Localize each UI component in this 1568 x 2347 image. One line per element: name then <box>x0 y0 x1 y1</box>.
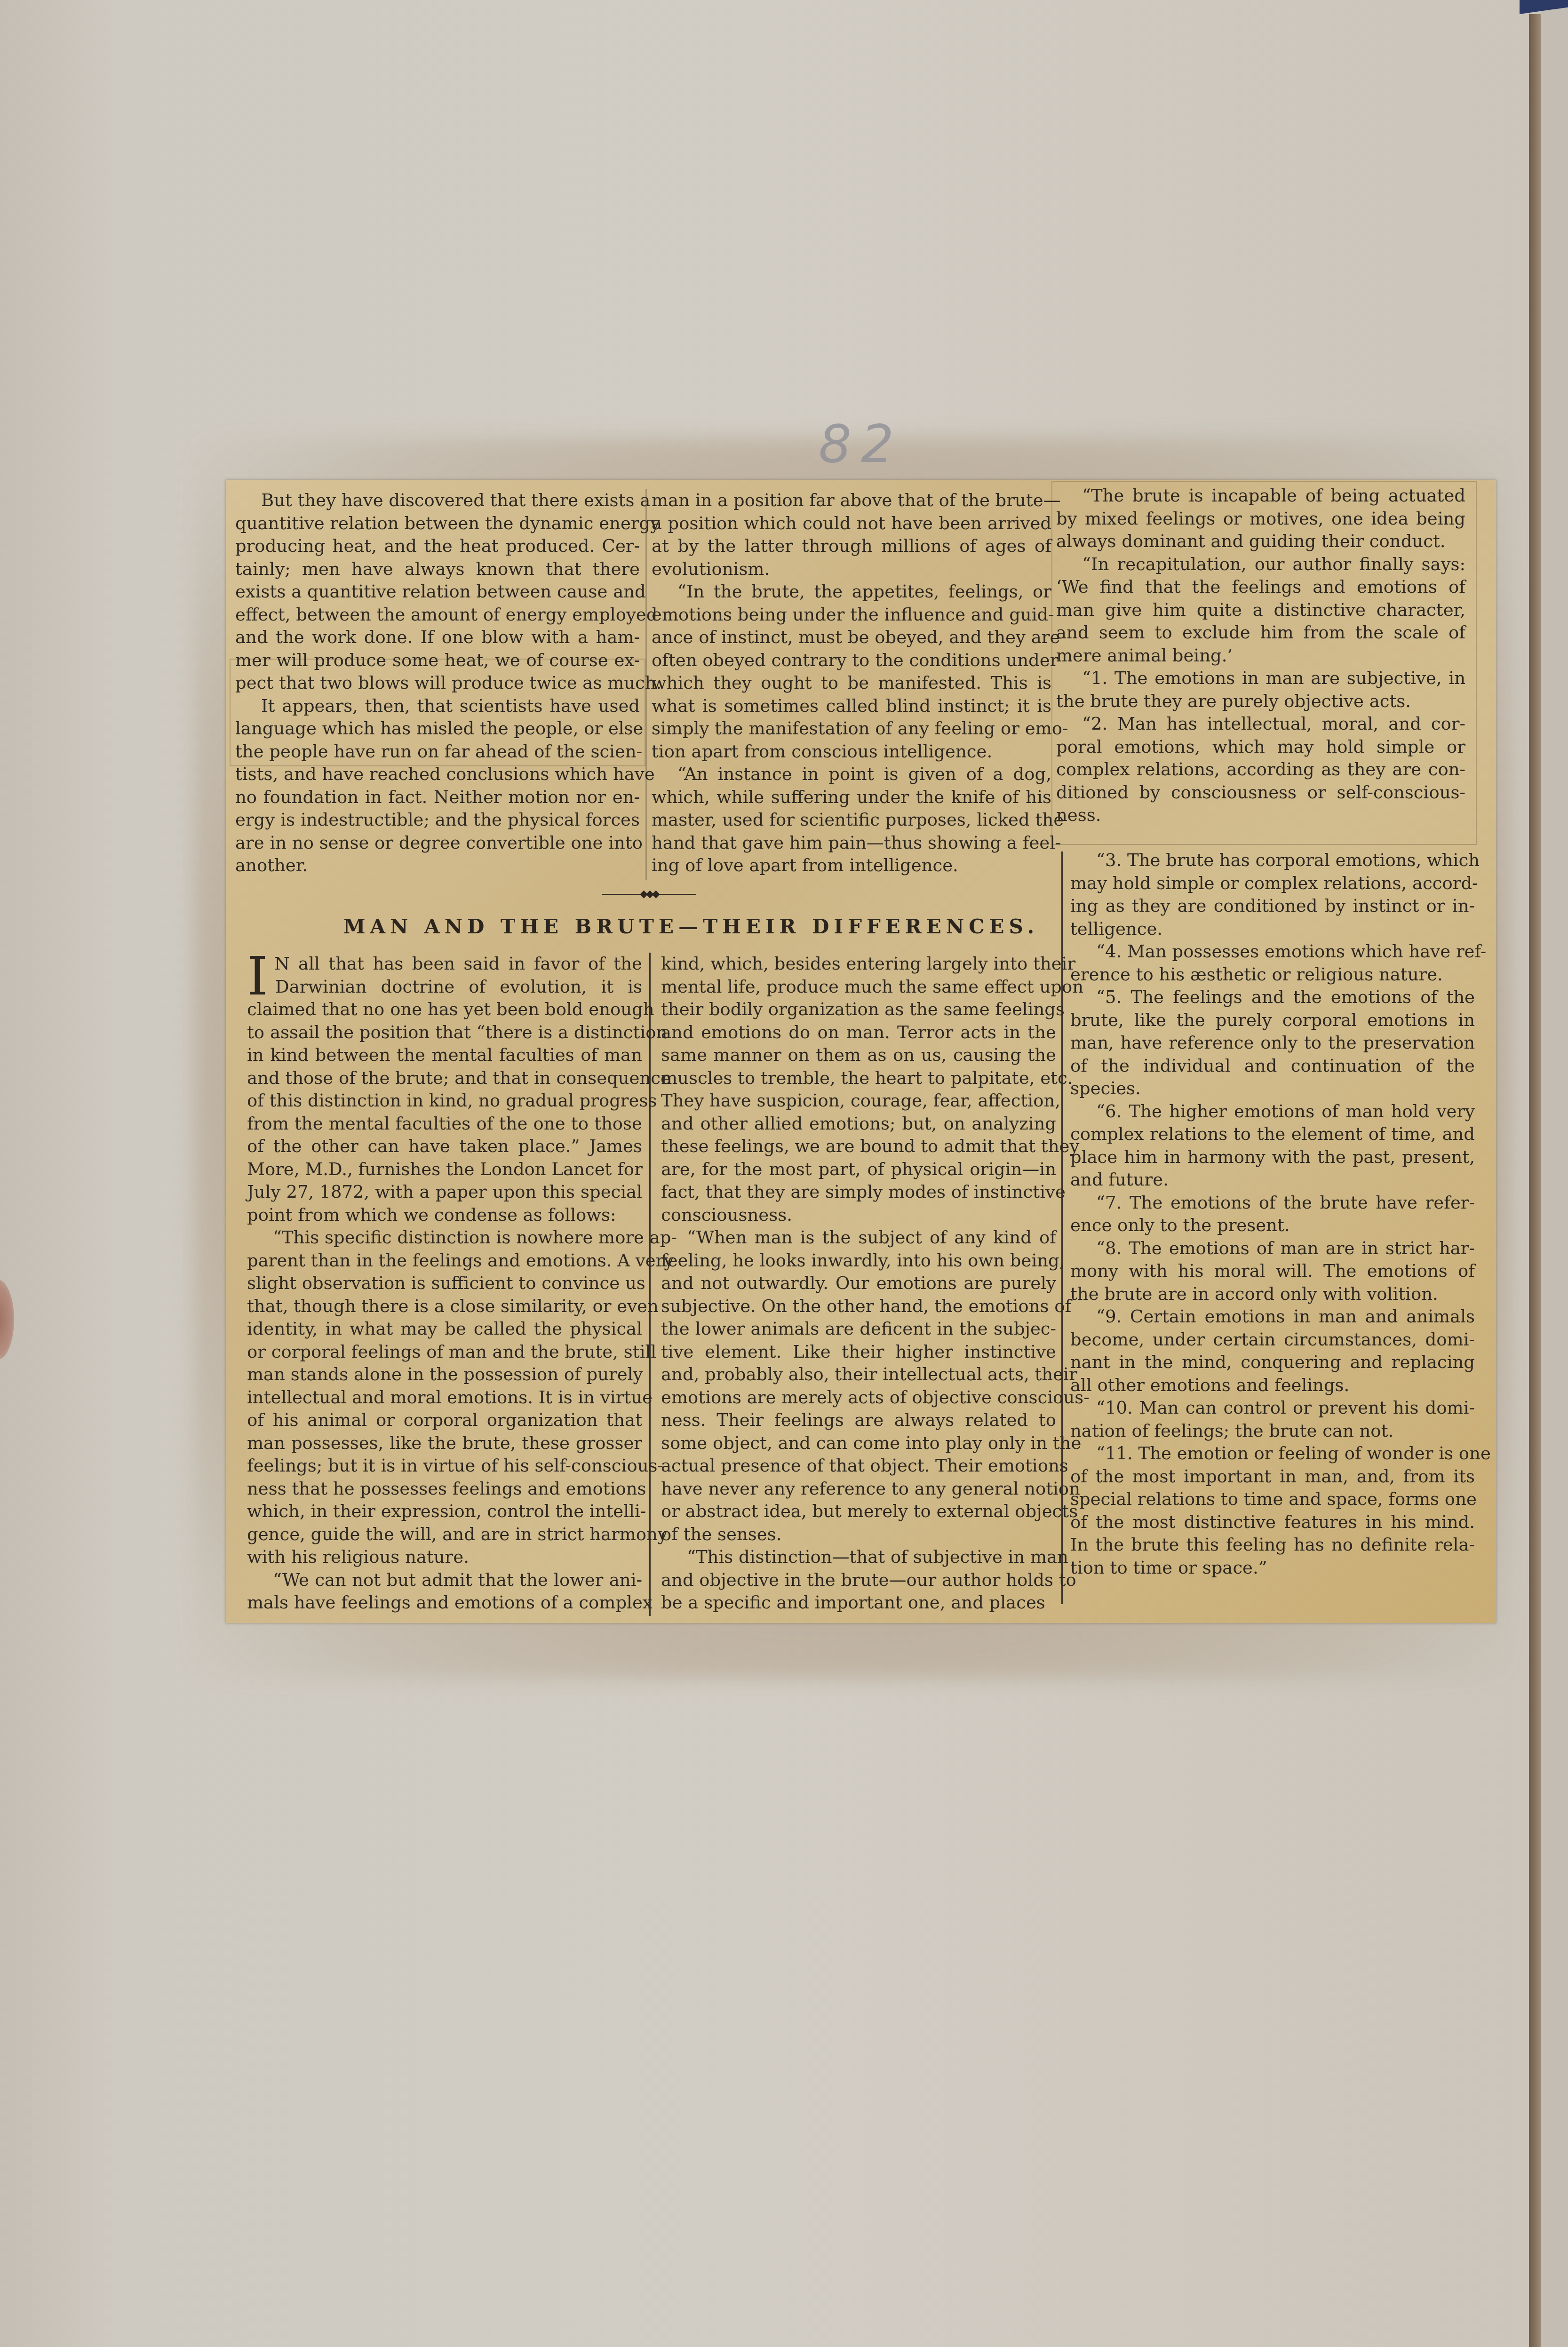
text-line: and not outwardly. Our emotions are pure… <box>661 1272 1056 1295</box>
text-line: point from which we condense as follows: <box>247 1204 642 1227</box>
paragraph: “3. The brute has corporal emotions, whi… <box>1070 849 1475 940</box>
text-line: these feelings, we are bound to admit th… <box>661 1135 1056 1158</box>
text-line: “6. The higher emotions of man hold very <box>1070 1100 1475 1123</box>
text-line: and the work done. If one blow with a ha… <box>235 626 640 649</box>
text-line: “In recapitulation, our author finally s… <box>1056 553 1465 576</box>
text-line: “7. The emotions of the brute have refer… <box>1070 1192 1475 1215</box>
text-line: pect that two blows will produce twice a… <box>235 672 640 695</box>
text-line: mental life, produce much the same effec… <box>661 976 1056 999</box>
text-line: man in a position far above that of the … <box>652 489 1051 512</box>
text-line: feelings; but it is in virtue of his sel… <box>247 1455 642 1478</box>
text-line: a position which could not have been arr… <box>652 512 1051 535</box>
text-line: of the other can have taken place.” Jame… <box>247 1135 642 1158</box>
text-line: claimed that no one has yet been bold en… <box>247 998 642 1021</box>
column-1-top: But they have discovered that there exis… <box>235 489 640 877</box>
text-line: ness that he possesses feelings and emot… <box>247 1478 642 1501</box>
text-line: and, probably also, their intellectual a… <box>661 1363 1056 1386</box>
column-rule-1-bottom <box>649 953 651 1616</box>
column-3-bottom: “3. The brute has corporal emotions, whi… <box>1070 849 1475 1579</box>
text-line: consciousness. <box>661 1204 1056 1227</box>
paragraph: kind, which, besides entering largely in… <box>661 953 1056 1226</box>
text-line: of this distinction in kind, no gradual … <box>247 1090 642 1113</box>
text-line: and seem to exclude him from the scale o… <box>1056 621 1465 644</box>
text-line: ergy is indestructible; and the physical… <box>235 809 640 832</box>
text-line: and emotions do on man. Terror acts in t… <box>661 1021 1056 1044</box>
text-line: hand that gave him pain—thus showing a f… <box>652 832 1051 855</box>
text-line: They have suspicion, courage, fear, affe… <box>661 1090 1056 1113</box>
text-line: feeling, he looks inwardly, into his own… <box>661 1249 1056 1273</box>
text-line: often obeyed contrary to the conditions … <box>652 649 1051 672</box>
text-line: and other allied emotions; but, on analy… <box>661 1113 1056 1136</box>
text-line: the people have run on far ahead of the … <box>235 740 640 764</box>
paragraph: “10. Man can control or prevent his domi… <box>1070 1397 1475 1442</box>
text-line: become, under certain circumstances, dom… <box>1070 1329 1475 1352</box>
paragraph: “The brute is incapable of being actuate… <box>1056 485 1465 553</box>
text-line: at by the latter through millions of age… <box>652 535 1051 558</box>
paragraph: man in a position far above that of the … <box>652 489 1051 581</box>
text-line: their bodily organization as the same fe… <box>661 998 1056 1021</box>
paragraph: “This distinction—that of subjective in … <box>661 1546 1056 1615</box>
text-line: “3. The brute has corporal emotions, whi… <box>1070 849 1475 872</box>
text-line: no foundation in fact. Neither motion no… <box>235 786 640 809</box>
text-line: always dominant and guiding their conduc… <box>1056 530 1465 553</box>
text-line: man stands alone in the possession of pu… <box>247 1363 642 1386</box>
text-line: complex relations, according as they are… <box>1056 758 1465 781</box>
text-line: More, M.D., furnishes the London Lancet … <box>247 1158 642 1181</box>
text-line: “When man is the subject of any kind of <box>661 1226 1056 1249</box>
text-line: “2. Man has intellectual, moral, and cor… <box>1056 713 1465 736</box>
text-line: man give him quite a distinctive charact… <box>1056 599 1465 622</box>
paragraph: “An instance in point is given of a dog,… <box>652 763 1051 877</box>
paragraph: “8. The emotions of man are in strict ha… <box>1070 1237 1475 1306</box>
text-line: and future. <box>1070 1169 1475 1192</box>
text-line: which they ought to be manifested. This … <box>652 672 1051 695</box>
text-line: tion apart from conscious intelligence. <box>652 740 1051 764</box>
text-line: ness. <box>1056 804 1465 827</box>
paragraph: “2. Man has intellectual, moral, and cor… <box>1056 713 1465 827</box>
text-line: evolutionism. <box>652 558 1051 581</box>
text-line: “1. The emotions in man are subjective, … <box>1056 667 1465 690</box>
text-line: of the most distinctive features in his … <box>1070 1511 1475 1534</box>
paragraph: “In the brute, the appetites, feelings, … <box>652 581 1051 763</box>
paragraph: “4. Man possesses emotions which have re… <box>1070 940 1475 986</box>
text-line: be a specific and important one, and pla… <box>661 1591 1056 1615</box>
text-line: subjective. On the other hand, the emoti… <box>661 1295 1056 1318</box>
text-line: ditioned by consciousness or self-consci… <box>1056 781 1465 804</box>
paragraph: “When man is the subject of any kind off… <box>661 1226 1056 1546</box>
text-line: mer will produce some heat, we of course… <box>235 649 640 672</box>
text-line: of his animal or corporal organization t… <box>247 1409 642 1432</box>
text-line: with his religious nature. <box>247 1546 642 1569</box>
text-line: gence, guide the will, and are in strict… <box>247 1523 642 1546</box>
text-line: by mixed feelings or motives, one idea b… <box>1056 508 1465 531</box>
text-line: or corporal feelings of man and the brut… <box>247 1341 642 1364</box>
text-line: ance of instinct, must be obeyed, and th… <box>652 626 1051 649</box>
handwritten-page-number: 82 <box>819 414 903 474</box>
text-line: ing of love apart from intelligence. <box>652 854 1051 877</box>
text-line: emotions being under the influence and g… <box>652 604 1051 627</box>
text-line: exists a quantitive relation between cau… <box>235 581 640 604</box>
text-line: “This distinction—that of subjective in … <box>661 1546 1056 1569</box>
text-line: erence to his æsthetic or religious natu… <box>1070 963 1475 987</box>
text-line: “10. Man can control or prevent his domi… <box>1070 1397 1475 1420</box>
paragraph: “1. The emotions in man are subjective, … <box>1056 667 1465 713</box>
text-line: and those of the brute; and that in cons… <box>247 1067 642 1090</box>
paragraph: IN all that has been said in favor of th… <box>247 953 642 1226</box>
paragraph: “We can not but admit that the lower ani… <box>247 1569 642 1615</box>
text-line: But they have discovered that there exis… <box>235 489 640 512</box>
text-line: the brute are in accord only with voliti… <box>1070 1283 1475 1306</box>
text-line: species. <box>1070 1077 1475 1100</box>
text-line: “4. Man possesses emotions which have re… <box>1070 940 1475 963</box>
paragraph: “In recapitulation, our author finally s… <box>1056 553 1465 668</box>
text-line: “11. The emotion or feeling of wonder is… <box>1070 1442 1475 1465</box>
text-line: muscles to tremble, the heart to palpita… <box>661 1067 1056 1090</box>
text-line: “An instance in point is given of a dog, <box>652 763 1051 786</box>
text-line: producing heat, and the heat produced. C… <box>235 535 640 558</box>
text-line: “5. The feelings and the emotions of the <box>1070 986 1475 1009</box>
text-line: ence only to the present. <box>1070 1214 1475 1237</box>
paragraph: “5. The feelings and the emotions of the… <box>1070 986 1475 1100</box>
article-headline: MAN AND THE BRUTE—THEIR DIFFERENCES. <box>343 915 1049 938</box>
text-line: identity, in what may be called the phys… <box>247 1318 642 1341</box>
text-line: from the mental faculties of the one to … <box>247 1113 642 1136</box>
text-line: ness. Their feelings are always related … <box>661 1409 1056 1432</box>
text-line: nant in the mind, conquering and replaci… <box>1070 1351 1475 1374</box>
text-line: some object, and can come into play only… <box>661 1432 1056 1455</box>
text-line: mony with his moral will. The emotions o… <box>1070 1260 1475 1283</box>
text-line: tive element. Like their higher instinct… <box>661 1341 1056 1364</box>
text-line: of the senses. <box>661 1523 1056 1546</box>
text-line: the lower animals are deficent in the su… <box>661 1318 1056 1341</box>
text-line: “In the brute, the appetites, feelings, … <box>652 581 1051 604</box>
text-line: place him in harmony with the past, pres… <box>1070 1146 1475 1169</box>
text-line: “The brute is incapable of being actuate… <box>1056 485 1465 508</box>
text-line: that, though there is a close similarity… <box>247 1295 642 1318</box>
paragraph: It appears, then, that scientists have u… <box>235 695 640 877</box>
text-line: of the individual and continuation of th… <box>1070 1055 1475 1078</box>
text-line: same manner on them as on us, causing th… <box>661 1044 1056 1067</box>
column-2-bottom: kind, which, besides entering largely in… <box>661 953 1056 1615</box>
text-line: tainly; men have always known that there <box>235 558 640 581</box>
text-line: which, in their expression, control the … <box>247 1500 642 1523</box>
text-line: what is sometimes called blind instinct;… <box>652 695 1051 718</box>
paragraph: “9. Certain emotions in man and animalsb… <box>1070 1305 1475 1397</box>
paragraph: “7. The emotions of the brute have refer… <box>1070 1192 1475 1237</box>
text-line: In the brute this feeling has no definit… <box>1070 1534 1475 1557</box>
text-line: special relations to time and space, for… <box>1070 1488 1475 1511</box>
text-line: master, used for scientific purposes, li… <box>652 809 1051 832</box>
text-line: have never any reference to any general … <box>661 1478 1056 1501</box>
text-line: ‘We find that the feelings and emotions … <box>1056 576 1465 599</box>
text-line: “We can not but admit that the lower ani… <box>247 1569 642 1592</box>
column-3-top: “The brute is incapable of being actuate… <box>1056 485 1465 827</box>
text-line: brute, like the purely corporal emotions… <box>1070 1009 1475 1032</box>
text-line: July 27, 1872, with a paper upon this sp… <box>247 1181 642 1204</box>
text-line: “9. Certain emotions in man and animals <box>1070 1305 1475 1329</box>
drop-cap: I <box>247 955 268 998</box>
text-line: N all that has been said in favor of the <box>247 953 642 976</box>
adjacent-page-edge <box>1541 0 1568 2347</box>
text-line: slight observation is sufficient to conv… <box>247 1272 642 1295</box>
text-line: poral emotions, which may hold simple or <box>1056 736 1465 759</box>
text-line: telligence. <box>1070 918 1475 941</box>
paragraph: But they have discovered that there exis… <box>235 489 640 695</box>
paragraph: “11. The emotion or feeling of wonder is… <box>1070 1442 1475 1579</box>
text-line: language which has misled the people, or… <box>235 717 640 740</box>
text-line: quantitive relation between the dynamic … <box>235 512 640 535</box>
text-line: Darwinian doctrine of evolution, it is <box>247 976 642 999</box>
text-line: actual presence of that object. Their em… <box>661 1455 1056 1478</box>
text-line: “8. The emotions of man are in strict ha… <box>1070 1237 1475 1260</box>
paragraph: “6. The higher emotions of man hold very… <box>1070 1100 1475 1192</box>
text-line: are in no sense or degree convertible on… <box>235 832 640 855</box>
text-line: emotions are merely acts of objective co… <box>661 1386 1056 1409</box>
text-line: “This specific distinction is nowhere mo… <box>247 1226 642 1249</box>
text-line: fact, that they are simply modes of inst… <box>661 1181 1056 1204</box>
text-line: complex relations to the element of time… <box>1070 1123 1475 1146</box>
column-1-bottom: IN all that has been said in favor of th… <box>247 953 642 1615</box>
text-line: It appears, then, that scientists have u… <box>235 695 640 718</box>
text-line: or abstract idea, but merely to external… <box>661 1500 1056 1523</box>
text-line: man, have reference only to the preserva… <box>1070 1032 1475 1055</box>
text-line: in kind between the mental faculties of … <box>247 1044 642 1067</box>
text-line: another. <box>235 854 640 877</box>
text-line: which, while suffering under the knife o… <box>652 786 1051 809</box>
text-line: tion to time or space.” <box>1070 1557 1475 1580</box>
text-line: all other emotions and feelings. <box>1070 1374 1475 1397</box>
text-line: the brute they are purely objective acts… <box>1056 690 1465 713</box>
text-line: to assail the position that “there is a … <box>247 1021 642 1044</box>
text-line: parent than in the feelings and emotions… <box>247 1249 642 1273</box>
binding-gap <box>1529 14 1541 2347</box>
text-line: effect, between the amount of energy emp… <box>235 604 640 627</box>
text-line: ing as they are conditioned by instinct … <box>1070 895 1475 918</box>
paragraph: “This specific distinction is nowhere mo… <box>247 1226 642 1569</box>
section-ornament: ◆◆◆ <box>602 888 724 898</box>
text-line: are, for the most part, of physical orig… <box>661 1158 1056 1181</box>
text-line: tists, and have reached conclusions whic… <box>235 763 640 786</box>
text-line: may hold simple or complex relations, ac… <box>1070 872 1475 895</box>
text-line: nation of feelings; the brute can not. <box>1070 1420 1475 1443</box>
column-2-top: man in a position far above that of the … <box>652 489 1051 877</box>
text-line: man possesses, like the brute, these gro… <box>247 1432 642 1455</box>
text-line: mals have feelings and emotions of a com… <box>247 1591 642 1615</box>
text-line: kind, which, besides entering largely in… <box>661 953 1056 976</box>
text-line: intellectual and moral emotions. It is i… <box>247 1386 642 1409</box>
text-line: simply the manifestation of any feeling … <box>652 717 1051 740</box>
text-line: of the most important in man, and, from … <box>1070 1465 1475 1488</box>
text-line: and objective in the brute—our author ho… <box>661 1569 1056 1592</box>
text-line: mere animal being.’ <box>1056 644 1465 668</box>
